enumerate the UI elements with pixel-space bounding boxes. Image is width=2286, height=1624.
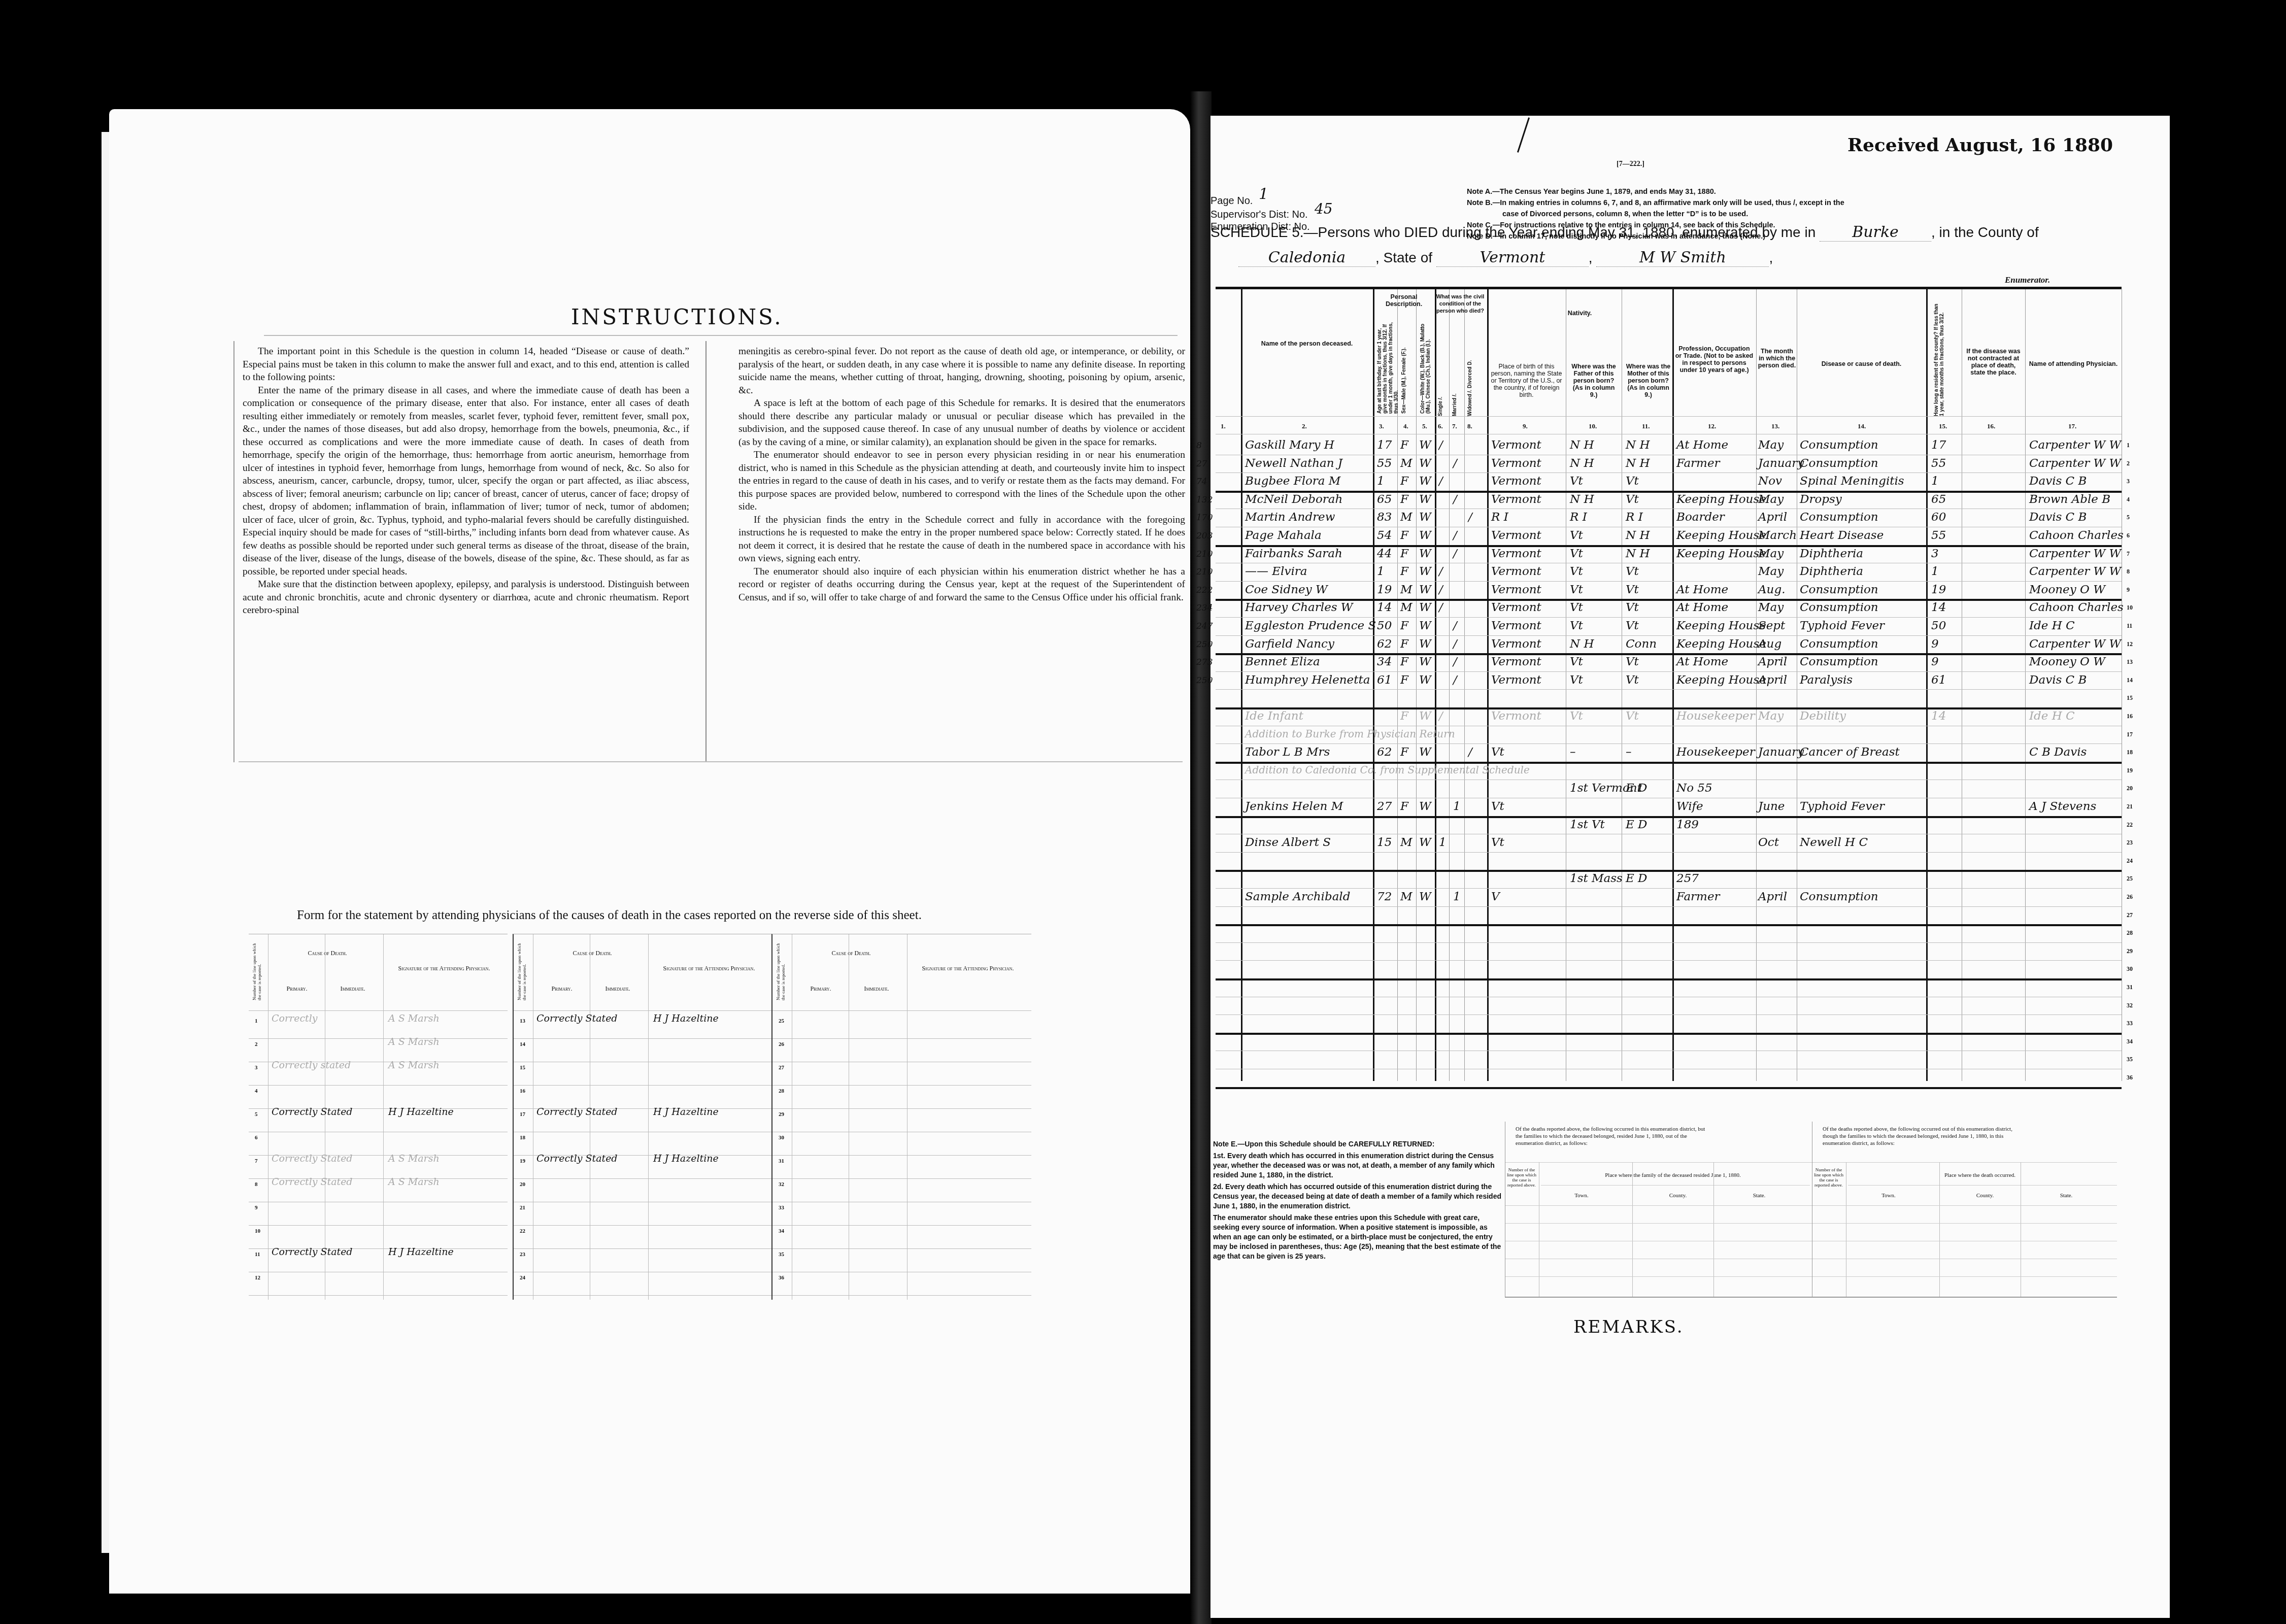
- enumeration-dist-value: 45: [1315, 200, 1333, 217]
- physician-primary-cause: Correctly: [272, 1013, 317, 1024]
- state-field: Vermont: [1436, 249, 1589, 267]
- column-number: 12.: [1708, 422, 1716, 430]
- cell-occupation: Farmer: [1676, 890, 1720, 903]
- cell-name: Harvey Charles W: [1245, 601, 1353, 614]
- cell-mother: N H: [1626, 547, 1650, 560]
- table-row: 24: [1216, 853, 2122, 869]
- line-number: 36: [2127, 1074, 2133, 1081]
- cell-age: 34: [1377, 655, 1392, 668]
- row-rule: [514, 1225, 772, 1226]
- table-row: 29: [1216, 943, 2122, 960]
- row-rule: [1216, 888, 2122, 889]
- cell-father: Vt: [1570, 565, 1583, 578]
- cell-disease: Diphtheria: [1800, 547, 1863, 560]
- line-number: 25: [779, 1018, 784, 1024]
- cell-dwelling: 8: [1196, 441, 1202, 451]
- cell-physician: A J Stevens: [2029, 800, 2096, 813]
- table-row: 247Eggleston Prudence S50FW/VermontVtVtK…: [1216, 618, 2122, 634]
- row-rule: [514, 1038, 772, 1039]
- row-rule: [514, 1202, 772, 1202]
- cell-age: 15: [1377, 836, 1392, 849]
- column-rule: [792, 934, 792, 1300]
- row-rule: [1505, 1241, 1818, 1241]
- table-row: 35: [1216, 1052, 2122, 1068]
- table-row: 32: [1216, 998, 2122, 1014]
- cell-name: Gaskill Mary H: [1245, 438, 1334, 452]
- column-number: 8.: [1467, 422, 1472, 430]
- cell-occupation: Keeping House: [1676, 493, 1766, 506]
- cell-name: Humphrey Helenetta: [1245, 673, 1370, 687]
- line-number: 22: [2127, 821, 2133, 829]
- cell-color: W: [1419, 673, 1431, 687]
- line-number: 7: [2127, 550, 2130, 558]
- table-row: 222Coe Sidney W19MW/VermontVtVtAt HomeAu…: [1216, 582, 2122, 598]
- cell-name: Garfield Nancy: [1245, 637, 1334, 651]
- cell-month: May: [1758, 547, 1784, 560]
- column-number: 5.: [1422, 422, 1427, 430]
- column-number: 2.: [1302, 422, 1307, 430]
- line-number: 23: [520, 1251, 525, 1258]
- row-rule: [249, 1085, 508, 1086]
- line-number: 18: [2127, 749, 2133, 756]
- cell-resident: 65: [1931, 493, 1946, 506]
- cell-color: W: [1419, 529, 1431, 542]
- header-single: Single /.: [1438, 376, 1443, 416]
- enumerator-name-field: M W Smith: [1596, 249, 1769, 267]
- cell-sex: F: [1400, 529, 1408, 542]
- cell-married: /: [1453, 529, 1457, 542]
- row-rule: [772, 1108, 1031, 1109]
- instruction-paragraph: The enumerator should also inquire of ea…: [738, 565, 1185, 604]
- header-rule: [772, 1010, 1031, 1011]
- cell-color: W: [1419, 709, 1431, 723]
- row-rule: [249, 1038, 508, 1039]
- column-header: State.: [2026, 1193, 2107, 1199]
- table-row: 1st MassE D25725: [1216, 871, 2122, 887]
- row-rule: [1216, 1087, 2122, 1089]
- cell-color: W: [1419, 601, 1431, 614]
- cell-birthplace: Vermont: [1491, 529, 1541, 542]
- row-rule: [1216, 472, 2122, 473]
- cell-mother: Vt: [1626, 565, 1639, 578]
- cell-age: 44: [1377, 547, 1392, 560]
- cell-month: May: [1758, 709, 1784, 723]
- cell-disease: Dropsy: [1800, 493, 1842, 506]
- line-number: 17: [2127, 731, 2133, 738]
- cell-married: /: [1453, 619, 1457, 632]
- line-number: 36: [779, 1275, 784, 1281]
- cell-month: Oct: [1758, 836, 1779, 849]
- table-row: 210—— Elvira1FW/VermontVtVtMayDiphtheria…: [1216, 564, 2122, 580]
- table-row: 1st VermontE DNo 5520: [1216, 781, 2122, 797]
- cell-sex: F: [1400, 547, 1408, 560]
- line-number: 26: [2127, 893, 2133, 901]
- column-rule: [648, 934, 649, 1300]
- line-number: 17: [520, 1111, 525, 1118]
- immediate-header: Immediate.: [849, 985, 904, 993]
- instruction-paragraph: Make sure that the distinction between a…: [243, 578, 689, 617]
- cell-month: May: [1758, 438, 1784, 452]
- line-number: 27: [779, 1065, 784, 1071]
- cell-name: Addition to Caledonia Co. from Supplemen…: [1245, 764, 1530, 776]
- deaths-out-district-table: Of the deaths reported above, the follow…: [1812, 1122, 2117, 1298]
- table-row: 250Garfield Nancy62FW/VermontN HConnKeep…: [1216, 636, 2122, 653]
- cell-sex: F: [1400, 565, 1408, 578]
- cell-single: /: [1439, 475, 1443, 488]
- cell-dwelling: 210: [1196, 567, 1213, 577]
- line-number: 24: [520, 1275, 525, 1281]
- header-rule: [1505, 1205, 1818, 1206]
- cell-sex: F: [1400, 673, 1408, 687]
- line-number: 34: [779, 1228, 784, 1234]
- line-number: 13: [2127, 658, 2133, 666]
- column-number: 3.: [1379, 422, 1384, 430]
- cell-age: 65: [1377, 493, 1392, 506]
- instruction-paragraph: The important point in this Schedule is …: [243, 345, 689, 384]
- line-number: 4: [255, 1088, 258, 1094]
- line-number: 8: [2127, 568, 2130, 576]
- line-number: 21: [520, 1205, 525, 1211]
- row-rule: [514, 1085, 772, 1086]
- row-rule: [514, 1248, 772, 1249]
- physician-signature: A S Marsh: [388, 1176, 440, 1188]
- page-no-label: Page No.: [1211, 195, 1253, 207]
- physician-form-title: Form for the statement by attending phys…: [297, 908, 922, 923]
- header-color: Color—White (W.), Black (B.), Mulatto (M…: [1420, 317, 1431, 414]
- cell-disease: Typhoid Fever: [1800, 800, 1885, 813]
- table-row: Addition to Burke from Physician Return1…: [1216, 727, 2122, 743]
- header-personal-description: Personal Description.: [1373, 293, 1435, 308]
- cell-name: Page Mahala: [1245, 529, 1322, 542]
- cell-father: Vt: [1570, 601, 1583, 614]
- cell-name: Coe Sidney W: [1245, 583, 1328, 596]
- row-rule: [1216, 743, 2122, 744]
- cell-birthplace: Vermont: [1491, 655, 1541, 668]
- instructions-right-column: meningitis as cerebro-spinal fever. Do n…: [738, 345, 1185, 604]
- line-number: 16: [2127, 713, 2133, 720]
- primary-header: Primary.: [793, 985, 849, 993]
- physician-signature: A S Marsh: [388, 1013, 440, 1024]
- cell-birthplace: Vermont: [1491, 673, 1541, 687]
- physician-signature: H J Hazeltine: [388, 1106, 454, 1118]
- cell-color: W: [1419, 746, 1431, 759]
- cell-month: March: [1758, 529, 1797, 542]
- cell-month: June: [1758, 800, 1785, 813]
- column-rule: [533, 934, 533, 1300]
- cell-occupation: At Home: [1676, 438, 1728, 452]
- cell-father: 1st Mass: [1570, 872, 1623, 885]
- table-row: 74Bugbee Flora M1FW/VermontVtVtNovSpinal…: [1216, 473, 2122, 490]
- cell-sex: F: [1400, 655, 1408, 668]
- cell-sex: M: [1400, 511, 1413, 524]
- row-rule: [1216, 960, 2122, 961]
- cell-age: 1: [1377, 475, 1385, 488]
- supervisor-dist-label: Supervisor's Dist: No.: [1211, 209, 1308, 221]
- line-number: 20: [520, 1181, 525, 1188]
- cell-occupation: 189: [1676, 818, 1699, 831]
- cell-color: W: [1419, 438, 1431, 452]
- cell-physician: C B Davis: [2029, 746, 2087, 759]
- cell-resident: 61: [1931, 673, 1946, 687]
- header-residence: How long a resident of the county? If le…: [1934, 299, 1945, 416]
- place-header: Place where the death occurred.: [1848, 1172, 2112, 1178]
- cell-mother: Vt: [1626, 475, 1639, 488]
- cell-color: W: [1419, 547, 1431, 560]
- line-number-header: Number of the line upon which the case i…: [1506, 1167, 1537, 1188]
- signature-header: Signature of the Attending Physician.: [651, 965, 767, 972]
- column-header: County.: [1944, 1193, 2026, 1199]
- cell-mother: –: [1626, 746, 1632, 759]
- county-field: Caledonia: [1238, 249, 1375, 267]
- cell-physician: Mooney O W: [2029, 655, 2105, 668]
- cell-birthplace: Vt: [1491, 836, 1504, 849]
- cell-birthplace: Vermont: [1491, 493, 1541, 506]
- state-label: , State of: [1375, 250, 1432, 265]
- cell-sex: M: [1400, 890, 1413, 903]
- line-number: 15: [520, 1065, 525, 1071]
- cell-disease: Newell H C: [1800, 836, 1868, 849]
- column-number: 13.: [1771, 422, 1779, 430]
- physician-primary-cause: Correctly Stated: [536, 1153, 618, 1164]
- line-number: 11: [2127, 622, 2132, 630]
- signature-header: Signature of the Attending Physician.: [910, 965, 1026, 972]
- line-number: 10: [2127, 604, 2133, 612]
- table-row: Ide InfantFW/VermontVtVtHousekeeperMayDe…: [1216, 708, 2122, 725]
- physician-primary-cause: Correctly Stated: [272, 1106, 353, 1118]
- line-number-header: Number of the line upon which the case i…: [776, 939, 786, 1000]
- line-number-header: Number of the line upon which the case i…: [1813, 1167, 1844, 1188]
- row-rule: [1216, 942, 2122, 943]
- cell-disease: Consumption: [1800, 457, 1878, 470]
- cell-dwelling: 250: [1196, 639, 1213, 650]
- cell-dwelling: 210: [1196, 549, 1213, 559]
- cell-color: W: [1419, 619, 1431, 632]
- line-number: 2: [2127, 460, 2130, 467]
- cause-of-death-header: Cause of Death.: [269, 950, 386, 957]
- row-rule: [249, 1132, 508, 1132]
- table-row: 36: [1216, 1070, 2122, 1086]
- line-number: 6: [255, 1135, 258, 1141]
- place-rule: [1541, 1185, 1810, 1186]
- cell-father: N H: [1570, 493, 1594, 506]
- cell-sex: F: [1400, 475, 1408, 488]
- cell-mother: Vt: [1626, 655, 1639, 668]
- column-number: 16.: [1987, 422, 1995, 430]
- cell-sex: F: [1400, 637, 1408, 651]
- cell-father: Vt: [1570, 547, 1583, 560]
- cell-dwelling: 273: [1196, 657, 1213, 667]
- note-e-paragraph: Note E.—Upon this Schedule should be CAR…: [1213, 1139, 1507, 1149]
- instructions-left-column: The important point in this Schedule is …: [243, 345, 689, 617]
- row-rule: [772, 1248, 1031, 1249]
- table-caption: Of the deaths reported above, the follow…: [1516, 1126, 1708, 1147]
- cell-resident: 9: [1931, 637, 1939, 651]
- table-row: 27Newell Nathan J55MW/VermontN HN HFarme…: [1216, 456, 2122, 472]
- header-name: Name of the person deceased.: [1241, 340, 1373, 347]
- cell-disease: Paralysis: [1800, 673, 1853, 687]
- cell-dwelling: 247: [1196, 621, 1213, 631]
- cell-name: Sample Archibald: [1245, 890, 1350, 903]
- cell-color: W: [1419, 583, 1431, 596]
- line-number: 31: [779, 1158, 784, 1164]
- cell-sex: F: [1400, 438, 1408, 452]
- header-disease: Disease or cause of death.: [1797, 360, 1926, 367]
- cell-month: Sept: [1758, 619, 1785, 632]
- cell-name: —— Elvira: [1245, 565, 1307, 578]
- town-field: Burke: [1820, 223, 1931, 242]
- physician-primary-cause: Correctly Stated: [272, 1176, 353, 1188]
- cell-disease: Consumption: [1800, 511, 1878, 524]
- cell-occupation: Housekeeper: [1676, 709, 1755, 723]
- table-row: Addition to Caledonia Co. from Supplemen…: [1216, 763, 2122, 779]
- cell-physician: Davis C B: [2029, 475, 2087, 488]
- table-row: 15: [1216, 690, 2122, 706]
- cell-mother: Vt: [1626, 493, 1639, 506]
- cell-dwelling: 222: [1196, 585, 1213, 595]
- instructions-title: INSTRUCTIONS.: [571, 304, 783, 329]
- table-row: 28: [1216, 925, 2122, 941]
- table-caption: Of the deaths reported above, the follow…: [1823, 1126, 2015, 1147]
- cell-birthplace: Vt: [1491, 800, 1504, 813]
- row-rule: [1216, 834, 2122, 834]
- cell-occupation: Wife: [1676, 800, 1703, 813]
- row-rule: [772, 1062, 1031, 1062]
- cell-mother: N H: [1626, 529, 1650, 542]
- place-header: Place where the family of the deceased r…: [1541, 1172, 1805, 1178]
- column-header: County.: [1637, 1193, 1719, 1199]
- cell-resident: 3: [1931, 547, 1939, 560]
- row-rule: [1216, 455, 2122, 455]
- header-nativity: Nativity.: [1487, 310, 1672, 317]
- cell-dwelling: 170: [1196, 513, 1213, 523]
- row-rule: [1812, 1241, 2117, 1241]
- line-number: 30: [2127, 965, 2133, 973]
- row-rule: [1216, 726, 2122, 726]
- cell-birthplace: Vermont: [1491, 547, 1541, 560]
- line-number: 19: [520, 1158, 525, 1164]
- immediate-header: Immediate.: [325, 985, 381, 993]
- cell-resident: 55: [1931, 529, 1946, 542]
- cell-dwelling: 234: [1196, 603, 1213, 613]
- line-number-header: Number of the line upon which the case i…: [517, 939, 527, 1000]
- cell-resident: 1: [1931, 565, 1939, 578]
- cell-disease: Cancer of Breast: [1800, 746, 1900, 759]
- row-rule: [1216, 852, 2122, 853]
- form-number: [7—222.]: [1617, 160, 1644, 168]
- column-number: 7.: [1452, 422, 1457, 430]
- header-rule: [1812, 1205, 2117, 1206]
- row-rule: [1216, 1069, 2122, 1069]
- cell-physician: Carpenter W W: [2029, 438, 2121, 452]
- line-number: 9: [2127, 586, 2130, 594]
- physician-signature: H J Hazeltine: [653, 1013, 719, 1024]
- cell-birthplace: R I: [1491, 511, 1508, 524]
- line-number: 6: [2127, 532, 2130, 539]
- cell-age: 83: [1377, 511, 1392, 524]
- column-number: 15.: [1939, 422, 1947, 430]
- cell-dwelling: 74: [1196, 477, 1207, 487]
- cell-dwelling: 203: [1196, 531, 1213, 541]
- cell-month: May: [1758, 493, 1784, 506]
- cell-name: Fairbanks Sarah: [1245, 547, 1342, 560]
- cause-of-death-header: Cause of Death.: [793, 950, 910, 957]
- header-father-birthplace: Where was the Father of this person born…: [1568, 363, 1619, 398]
- cell-occupation: Keeping House: [1676, 673, 1766, 687]
- physician-primary-cause: Correctly Stated: [536, 1106, 618, 1118]
- header-contracted: If the disease was not contracted at pla…: [1964, 348, 2023, 376]
- cell-father: Vt: [1570, 619, 1583, 632]
- header-birthplace: Place of birth of this person, naming th…: [1490, 363, 1563, 398]
- row-rule: [1216, 509, 2122, 509]
- row-rule: [1505, 1223, 1818, 1224]
- cell-mother: Conn: [1626, 637, 1657, 651]
- cell-mother: Vt: [1626, 619, 1639, 632]
- cell-father: Vt: [1570, 655, 1583, 668]
- cell-single: /: [1439, 709, 1443, 723]
- caption-rule: [1812, 1162, 2117, 1163]
- cell-birthplace: Vermont: [1491, 565, 1541, 578]
- header-widowed: Widowed /. Divorced D.: [1467, 355, 1473, 416]
- physician-form-block: Number of the line upon which the case i…: [513, 934, 772, 1300]
- cell-name: Eggleston Prudence S: [1245, 619, 1376, 632]
- column-number: 10.: [1589, 422, 1597, 430]
- cell-color: W: [1419, 511, 1431, 524]
- row-rule: [514, 1062, 772, 1062]
- schedule-title-text: SCHEDULE 5.—Persons who DIED during the …: [1211, 224, 1816, 240]
- cell-disease: Consumption: [1800, 601, 1878, 614]
- remarks-heading: REMARKS.: [1573, 1317, 1684, 1337]
- table-row: 250Humphrey Helenetta61FW/VermontVtVtKee…: [1216, 672, 2122, 689]
- line-number: 35: [2127, 1056, 2133, 1063]
- cell-age: 61: [1377, 673, 1392, 687]
- line-number: 26: [779, 1041, 784, 1047]
- row-rule: [514, 1272, 772, 1272]
- cell-father: 1st Vt: [1570, 818, 1605, 831]
- cell-mother: E D: [1626, 818, 1648, 831]
- cell-birthplace: Vermont: [1491, 438, 1541, 452]
- cell-resident: 9: [1931, 655, 1939, 668]
- cell-married: /: [1453, 655, 1457, 668]
- column-header: State.: [1719, 1193, 1800, 1199]
- cell-age: 27: [1377, 800, 1392, 813]
- row-rule: [1812, 1276, 2117, 1277]
- cell-resident: 60: [1931, 511, 1946, 524]
- cell-name: Martin Andrew: [1245, 511, 1335, 524]
- cell-occupation: Farmer: [1676, 457, 1720, 470]
- schedule-note: case of Divorced persons, column 8, when…: [1502, 210, 1748, 218]
- line-number: 27: [2127, 911, 2133, 919]
- scan-border: [2170, 0, 2286, 1624]
- enumerator-label: Enumerator.: [2005, 275, 2050, 285]
- county-label: , in the County of: [1931, 224, 2039, 240]
- line-number: 29: [779, 1111, 784, 1118]
- table-row: Sample Archibald72MW1VFarmerAprilConsump…: [1216, 889, 2122, 905]
- cell-father: Vt: [1570, 673, 1583, 687]
- cell-married: /: [1453, 673, 1457, 687]
- header-rule: [249, 1010, 508, 1011]
- physician-signature: A S Marsh: [388, 1060, 440, 1071]
- cell-mother: Vt: [1626, 583, 1639, 596]
- cell-father: R I: [1570, 511, 1587, 524]
- primary-header: Primary.: [534, 985, 590, 993]
- row-rule: [1216, 581, 2122, 582]
- row-rule: [1216, 798, 2122, 798]
- signature-header: Signature of the Attending Physician.: [386, 965, 502, 972]
- row-rule: [1216, 617, 2122, 618]
- physician-form-block: Number of the line upon which the case i…: [771, 934, 1031, 1300]
- cell-single: /: [1439, 565, 1443, 578]
- row-rule: [1216, 780, 2122, 780]
